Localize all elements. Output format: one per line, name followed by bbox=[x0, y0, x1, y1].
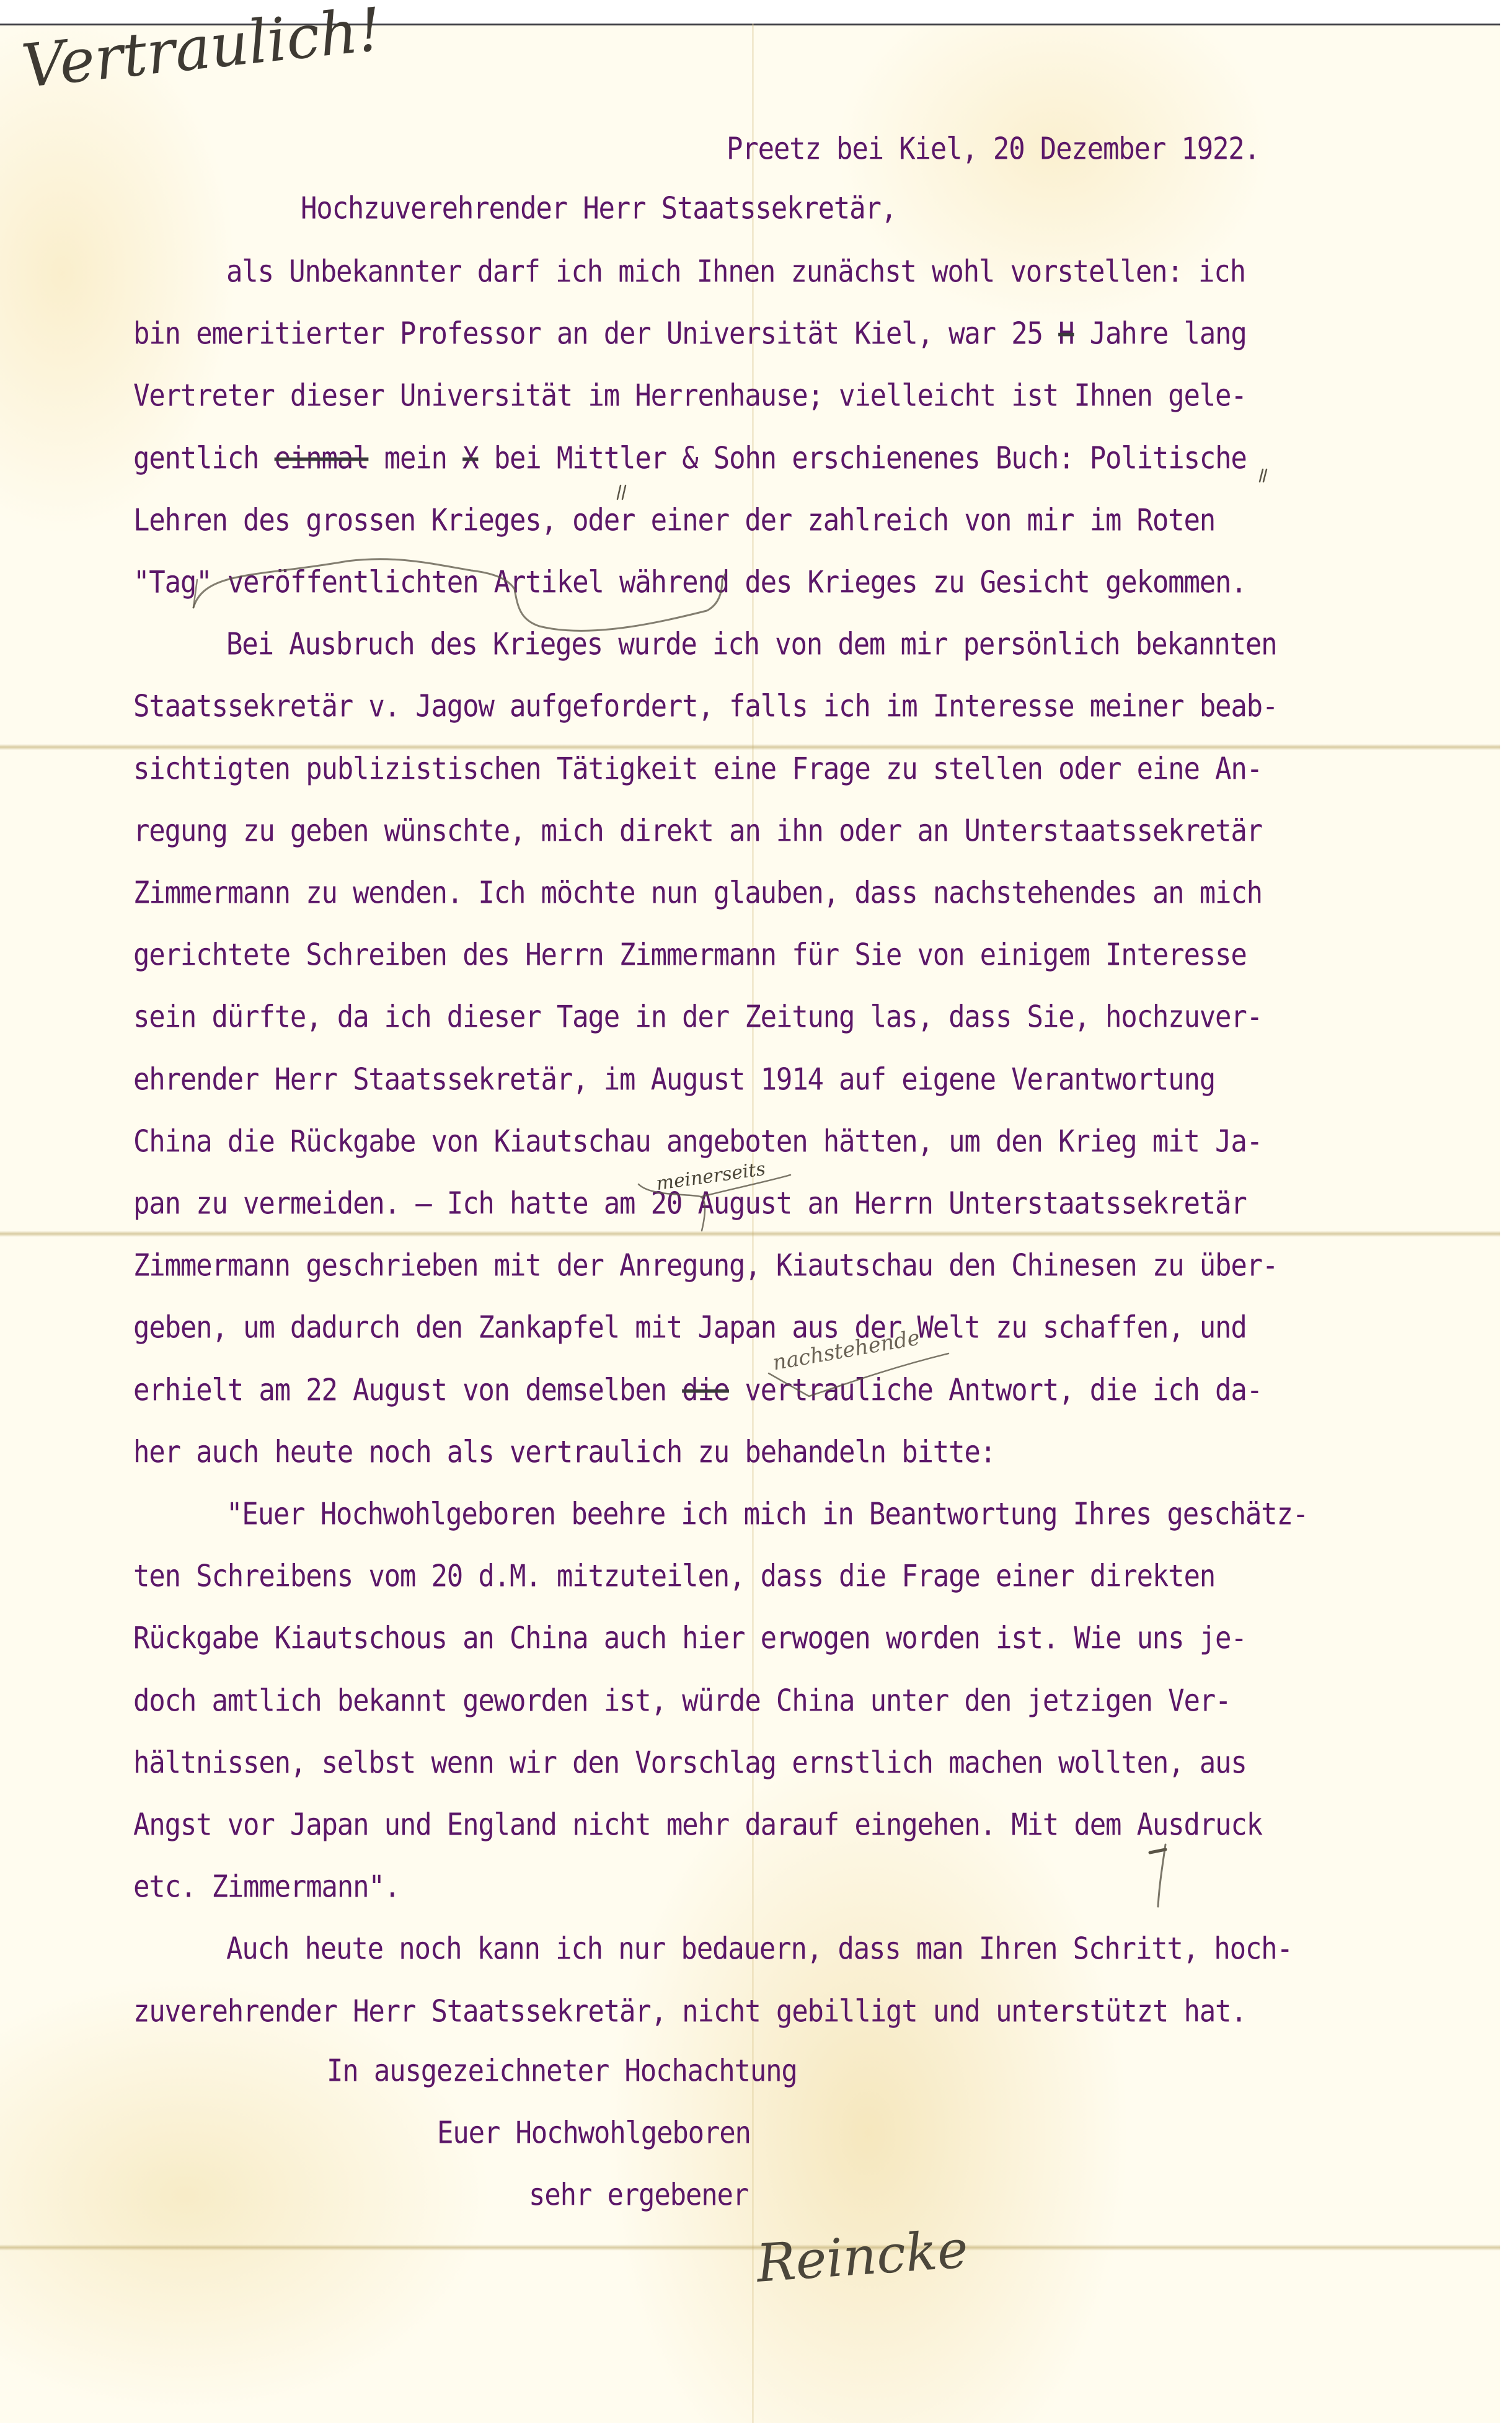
line-segment: vertrauliche Antwort, die ich da- bbox=[729, 1372, 1262, 1407]
horizontal-fold-crease bbox=[0, 1231, 1500, 1237]
letter-line: gentlich einmal mein X bei Mittler & Soh… bbox=[133, 438, 1247, 479]
letter-line: Rückgabe Kiautschous an China auch hier … bbox=[133, 1618, 1247, 1660]
letter-line: gerichtete Schreiben des Herrn Zimmerman… bbox=[133, 935, 1247, 977]
letter-line: erhielt am 22 August von demselben die v… bbox=[133, 1370, 1262, 1411]
letter-line: Staatssekretär v. Jagow aufgefordert, fa… bbox=[133, 686, 1278, 728]
letter-line: Angst vor Japan und England nicht mehr d… bbox=[133, 1804, 1262, 1846]
line-segment: Jahre lang bbox=[1074, 316, 1246, 352]
letter-line: Auch heute noch kann ich nur bedauern, d… bbox=[226, 1929, 1293, 1970]
letter-line: Zimmermann geschrieben mit der Anregung,… bbox=[133, 1246, 1278, 1287]
closing-line-1: In ausgezeichneter Hochachtung bbox=[327, 2050, 797, 2092]
letter-line: ten Schreibens vom 20 d.M. mitzuteilen, … bbox=[133, 1556, 1215, 1598]
closing-line-3: sehr ergebener bbox=[529, 2174, 748, 2216]
line-segment: mein bbox=[368, 440, 462, 476]
letter-line: "Tag" veröffentlichten Artikel während d… bbox=[133, 562, 1247, 603]
letter-line: bin emeritierter Professor an der Univer… bbox=[133, 314, 1247, 355]
horizontal-fold-crease bbox=[0, 2244, 1500, 2251]
letter-line: hältnissen, selbst wenn wir den Vorschla… bbox=[133, 1742, 1247, 1784]
letter-line: her auch heute noch als vertraulich zu b… bbox=[133, 1432, 996, 1473]
letter-line: etc. Zimmermann". bbox=[133, 1867, 400, 1908]
letter-line: sichtigten publizistischen Tätigkeit ein… bbox=[133, 748, 1262, 790]
letter-line: regung zu geben wünschte, mich direkt an… bbox=[133, 810, 1262, 852]
letter-line: Vertreter dieser Universität im Herrenha… bbox=[133, 376, 1247, 417]
line-segment: erhielt am 22 August von demselben bbox=[133, 1372, 682, 1407]
struck-out-text: X bbox=[462, 440, 478, 476]
struck-out-text: einmal bbox=[275, 440, 369, 476]
letter-line: "Euer Hochwohlgeboren beehre ich mich in… bbox=[226, 1494, 1308, 1535]
letter-line: als Unbekannter darf ich mich Ihnen zunä… bbox=[226, 251, 1245, 293]
letter-line: geben, um dadurch den Zankapfel mit Japa… bbox=[133, 1308, 1247, 1349]
letter-line: doch amtlich bekannt geworden ist, würde… bbox=[133, 1680, 1231, 1722]
line-segment: bin emeritierter Professor an der Univer… bbox=[133, 316, 1058, 352]
letter-line: Bei Ausbruch des Krieges wurde ich von d… bbox=[226, 624, 1276, 666]
place-date: Preetz bei Kiel, 20 Dezember 1922. bbox=[727, 128, 1260, 170]
letter-line: ehrender Herr Staatssekretär, im August … bbox=[133, 1059, 1215, 1101]
letter-line: China die Rückgabe von Kiautschau angebo… bbox=[133, 1121, 1262, 1163]
letter-line: Lehren des grossen Krieges, oder einer d… bbox=[133, 500, 1215, 541]
struck-out-text: die bbox=[682, 1372, 729, 1407]
letter-line: Zimmermann zu wenden. Ich möchte nun gla… bbox=[133, 872, 1262, 914]
closing-line-2: Euer Hochwohlgeboren bbox=[437, 2112, 751, 2154]
struck-out-text: H bbox=[1058, 316, 1074, 352]
letter-line: sein dürfte, da ich dieser Tage in der Z… bbox=[133, 997, 1262, 1039]
line-segment: gentlich bbox=[133, 440, 275, 476]
line-segment: bei Mittler & Sohn erschienenes Buch: Po… bbox=[478, 440, 1246, 476]
letter-line: zuverehrender Herr Staatssekretär, nicht… bbox=[133, 1991, 1247, 2032]
salutation: Hochzuverehrender Herr Staatssekretär, bbox=[301, 188, 896, 229]
